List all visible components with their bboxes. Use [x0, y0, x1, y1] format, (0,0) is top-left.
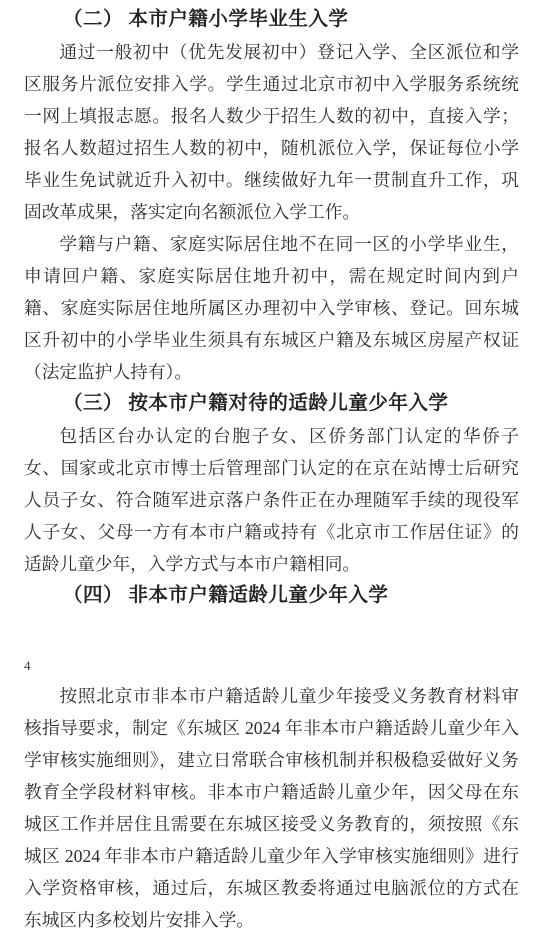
paragraph-non-local-hukou-review: 按照北京市非本市户籍适龄儿童少年接受义务教育材料审核指导要求，制定《东城区 20… [24, 680, 519, 935]
section-heading-2-local-hukou-primary-graduates: （二） 本市户籍小学毕业生入学 [24, 4, 519, 36]
document-page: （二） 本市户籍小学毕业生入学 通过一般初中（优先发展初中）登记入学、全区派位和… [0, 0, 541, 935]
paragraph-cross-district-transfer: 学籍与户籍、家庭实际居住地不在同一区的小学毕业生，申请回户籍、家庭实际居住地升初… [24, 228, 519, 388]
page-number: 4 [24, 658, 519, 674]
paragraph-treated-as-local-hukou-categories: 包括区台办认定的台胞子女、区侨务部门认定的华侨子女、国家或北京市博士后管理部门认… [24, 420, 519, 580]
section-heading-4-non-local-hukou: （四） 非本市户籍适龄儿童少年入学 [24, 580, 519, 612]
paragraph-junior-high-enrollment: 通过一般初中（优先发展初中）登记入学、全区派位和学区服务片派位安排入学。学生通过… [24, 36, 519, 228]
section-heading-3-treated-as-local-hukou: （三） 按本市户籍对待的适龄儿童少年入学 [24, 388, 519, 420]
